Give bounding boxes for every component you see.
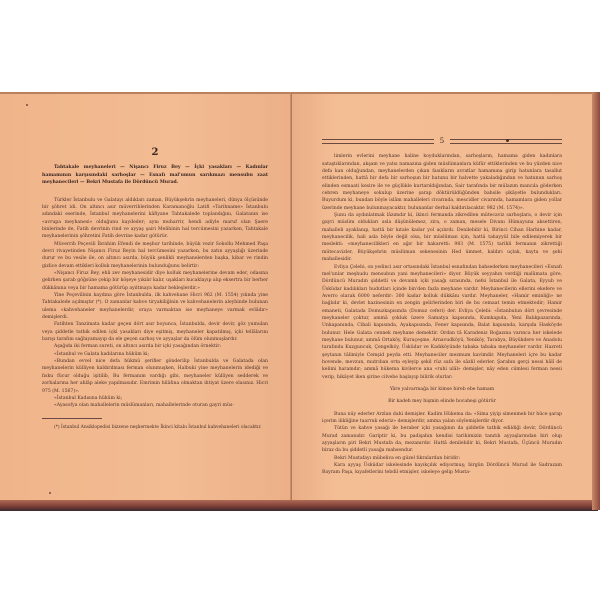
- paragraph: Bekri Mustafayı mübeliva en güzel fıkral…: [322, 455, 562, 462]
- running-header: 5: [322, 138, 562, 145]
- book-cover-side: [592, 92, 600, 510]
- chapter-summary: Tahtakale meyhaneleri — Nişancı Firuz Be…: [42, 164, 268, 186]
- right-page: 5 limlerin evlerini meyhane haline koydu…: [292, 92, 593, 502]
- footnote-divider: [42, 418, 102, 419]
- book-cover-edge: [0, 500, 598, 511]
- verse-block: Yâre yalvarmağa bir kimse bireb ebe hama…: [322, 386, 562, 406]
- paragraph: Evliya Çelebi, on yedinci asır ortasında…: [322, 264, 562, 382]
- chapter-number: 2: [42, 149, 268, 156]
- left-page: 2 Tahtakale meyhaneleri — Nişancı Firuz …: [0, 92, 292, 502]
- paragraph: «Ayasofya olan mahallelerin müslümanları…: [42, 402, 268, 409]
- rule-ornament-icon: [506, 139, 509, 142]
- paragraph: Aşağıda iki ferman sureti, on altıncı as…: [42, 343, 268, 350]
- paragraph: «İstanbul ve Galata kadılarına hüküm ki;: [42, 351, 268, 358]
- paragraph: «Bundan evvel nice defa hükmü şerifler g…: [42, 358, 268, 395]
- paragraph: Şunu da aydınlatmak lâzımdır ki, ikinci …: [322, 212, 562, 263]
- paper-speck: [49, 492, 51, 494]
- paragraph: «Nişancı Firuz Bey, ehli zev meyhanesidi…: [42, 270, 268, 292]
- paper-speck: [26, 104, 28, 106]
- left-body-text: Türkler İstanbulu ve Galatayı aldıkları …: [42, 197, 268, 410]
- right-body-text-continued: Buna nüy ederler Arzlan dahi demişler. K…: [322, 411, 562, 477]
- right-body-text: limlerin evlerini meyhane haline koydukl…: [322, 153, 562, 381]
- verse-line: Yâre yalvarmağa bir kimse bireb ebe hama…: [322, 386, 562, 393]
- page-number: 5: [440, 138, 444, 145]
- paragraph: Tütün ve kahve yasağı ile beraber içki y…: [322, 425, 562, 454]
- paragraph: Kara ayyaş Üsküdar iskelesinde kayıkçılı…: [322, 462, 562, 477]
- paragraph: Müverrih Peçevili İbrahim Efendi de meşh…: [42, 241, 268, 270]
- header-rule-right: [450, 139, 562, 144]
- paragraph: Yine Peçevilinin kaydına göre İstanbulda…: [42, 292, 268, 321]
- paragraph: Türkler İstanbulu ve Galatayı aldıkları …: [42, 197, 268, 241]
- header-rule-left: [322, 139, 434, 144]
- left-page-content: 2 Tahtakale meyhaneleri — Nişancı Firuz …: [42, 149, 268, 431]
- footnote: (*) İstanbul Ansiklopedisi bizzene neşhe…: [42, 424, 268, 431]
- paragraph: «İstanbul Kadısına hüküm ki;: [42, 395, 268, 402]
- paragraph: Buna nüy ederler Arzlan dahi demişler. K…: [322, 411, 562, 426]
- right-page-content: 5 limlerin evlerini meyhane haline koydu…: [322, 138, 562, 477]
- paragraph: Fatihten Tanzimata kadar geçen dört asır…: [42, 321, 268, 343]
- paragraph: limlerin evlerini meyhane haline koydukl…: [322, 153, 562, 212]
- open-book: 2 Tahtakale meyhaneleri — Nişancı Firuz …: [0, 92, 600, 510]
- verse-line: Bir kadeh mey hişmin elinde hocaheşi göt…: [322, 398, 562, 405]
